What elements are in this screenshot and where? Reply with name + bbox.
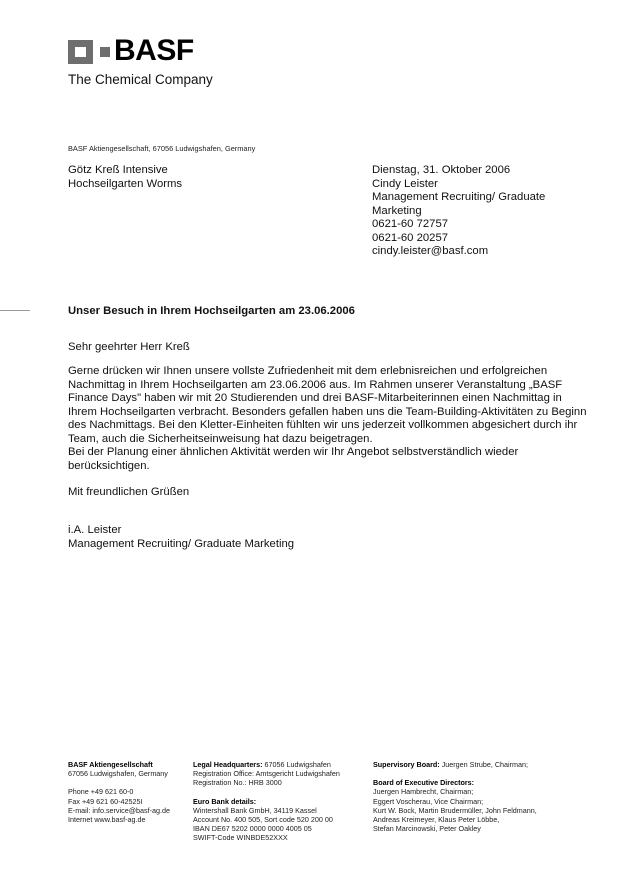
footer-legal: Legal Headquarters: 67056 Ludwigshafen R… <box>193 760 340 843</box>
fold-mark <box>0 310 30 311</box>
signature-name: i.A. Leister <box>68 524 294 538</box>
body-line: Ihrem Hochseilgarten verbracht. Besonder… <box>68 406 548 420</box>
contact-email: cindy.leister@basf.com <box>372 245 545 259</box>
salutation: Sehr geehrter Herr Kreß <box>68 340 190 354</box>
letter-date: Dienstag, 31. Oktober 2006 <box>372 164 545 178</box>
footer-executive-line: Eggert Voscherau, Vice Chairman; <box>373 797 537 806</box>
footer-account: Account No. 400 505, Sort code 520 200 0… <box>193 815 340 824</box>
contact-department: Management Recruiting/ Graduate <box>372 191 545 205</box>
contact-department-cont: Marketing <box>372 205 545 219</box>
body-line: Finance Days" haben wir mit 20 Studieren… <box>68 392 548 406</box>
footer-company-name: BASF Aktiengesellschaft <box>68 760 153 769</box>
basf-logo-small-square-icon <box>100 47 110 57</box>
footer-fax: Fax +49 621 60-42525I <box>68 797 170 806</box>
footer-registration-no: Registration No.: HRB 3000 <box>193 778 340 787</box>
basf-wordmark: BASF <box>114 34 194 68</box>
footer-bank-label: Euro Bank details: <box>193 797 256 806</box>
footer-company: BASF Aktiengesellschaft 67056 Ludwigshaf… <box>68 760 170 824</box>
recipient-address: Götz Kreß Intensive Hochseilgarten Worms <box>68 164 182 191</box>
footer-executive-line: Kurt W. Bock, Martin Brudermüller, John … <box>373 806 537 815</box>
footer-executive-line: Stefan Marcinowski, Peter Oakley <box>373 824 537 833</box>
recipient-line: Hochseilgarten Worms <box>68 178 182 192</box>
footer-supervisory-label: Supervisory Board: <box>373 760 440 769</box>
footer-supervisory-value: Juergen Strube, Chairman; <box>440 760 528 769</box>
body-line: berücksichtigen. <box>68 460 548 474</box>
footer-phone: Phone +49 621 60-0 <box>68 787 170 796</box>
letter-meta: Dienstag, 31. Oktober 2006 Cindy Leister… <box>372 164 545 259</box>
sender-return-address: BASF Aktiengesellschaft, 67056 Ludwigsha… <box>68 144 255 153</box>
body-line: Nachmittag in Ihrem Hochseilgarten am 23… <box>68 379 548 393</box>
footer-executive-label: Board of Executive Directors: <box>373 778 474 787</box>
body-line: des Nachmittags. Bei den Kletter-Einheit… <box>68 419 548 433</box>
footer-company-address: 67056 Ludwigshafen, Germany <box>68 769 170 778</box>
signature-block: i.A. Leister Management Recruiting/ Grad… <box>68 524 294 551</box>
signature-title: Management Recruiting/ Graduate Marketin… <box>68 538 294 552</box>
closing: Mit freundlichen Grüßen <box>68 485 189 499</box>
footer-iban: IBAN DE67 5202 0000 0000 4005 05 <box>193 824 340 833</box>
basf-logo-large-square-icon <box>68 40 93 64</box>
recipient-line: Götz Kreß Intensive <box>68 164 182 178</box>
company-tagline: The Chemical Company <box>68 72 213 88</box>
contact-phone: 0621-60 72757 <box>372 218 545 232</box>
body-line: Bei der Planung einer ähnlichen Aktivitä… <box>68 446 548 460</box>
footer-hq-value: 67056 Ludwigshafen <box>263 760 331 769</box>
footer-internet: Internet www.basf-ag.de <box>68 815 170 824</box>
footer-hq-label: Legal Headquarters: <box>193 760 263 769</box>
body-line: Team, auch die Sicherheitseinweisung hat… <box>68 433 548 447</box>
footer-executive-line: Andreas Kreimeyer, Klaus Peter Löbbe, <box>373 815 537 824</box>
footer-boards: Supervisory Board: Juergen Strube, Chair… <box>373 760 537 833</box>
letter-subject: Unser Besuch in Ihrem Hochseilgarten am … <box>68 304 355 318</box>
footer-swift: SWIFT-Code WINBDE52XXX <box>193 833 340 842</box>
footer-registration-office: Registration Office: Amtsgericht Ludwigs… <box>193 769 340 778</box>
contact-name: Cindy Leister <box>372 178 545 192</box>
letter-body: Gerne drücken wir Ihnen unsere vollste Z… <box>68 365 548 473</box>
footer-executive-line: Juergen Hambrecht, Chairman; <box>373 787 537 796</box>
contact-fax: 0621-60 20257 <box>372 232 545 246</box>
footer-email: E-mail: info.service@basf-ag.de <box>68 806 170 815</box>
footer-bank-name: Wintershall Bank GmbH, 34119 Kassel <box>193 806 340 815</box>
body-line: Gerne drücken wir Ihnen unsere vollste Z… <box>68 365 548 379</box>
